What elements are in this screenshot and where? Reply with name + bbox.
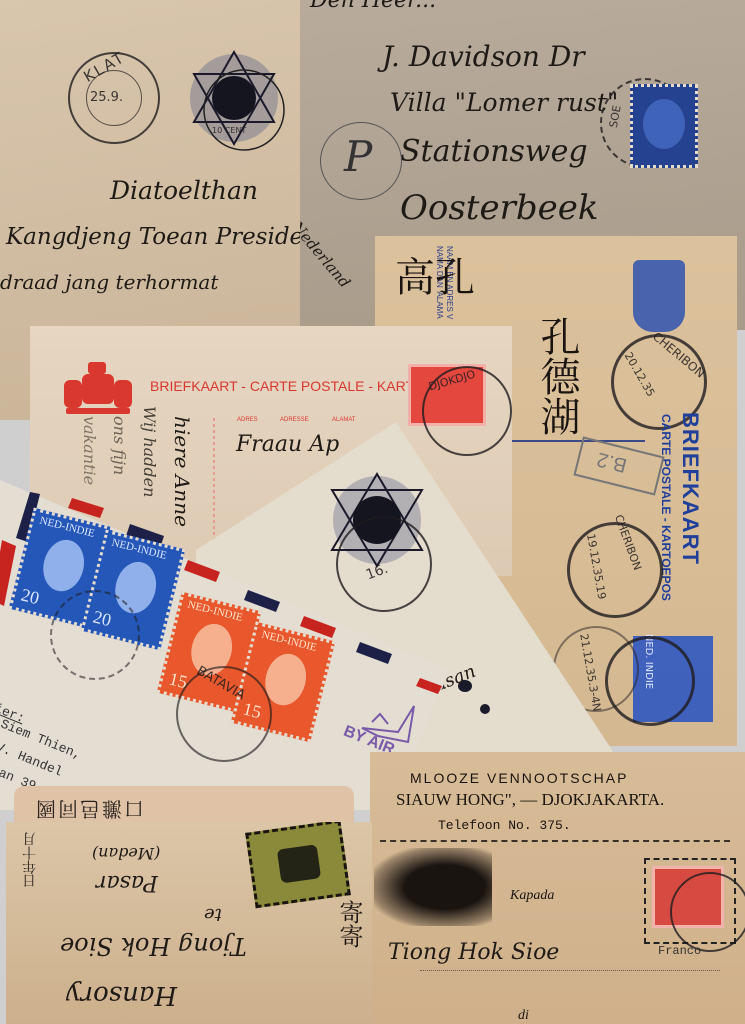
inverted-line-3: te [204,904,222,925]
chinese-side-text-left: 日年十月 [20,832,40,888]
address-line-1: Diatoelthan [110,176,258,205]
message-fragment-3: ons fijn [110,416,129,475]
card-title: BRIEFKAART [677,412,703,565]
di-label: di [518,1008,529,1024]
star-stamp-icon [182,48,286,152]
coat-of-arms-blue [633,260,685,332]
address-line-1: J. Davidson Dr [382,40,585,73]
stamp-value: 10 CENT [212,126,246,135]
ink-brush-mark [374,848,492,926]
postmark-djokja [670,872,745,952]
inverted-line-1: (Medan) [92,844,160,863]
kapada-label: Kapada [510,888,554,904]
top-line: Den Heer... [310,0,436,13]
letterhead-line-3: Telefoon No. 375. [438,818,571,833]
postmark-batavia-1 [50,590,140,680]
side-text: Nederland [300,218,354,291]
address-line-3: Stationsweg [400,134,588,169]
chinese-side-text-right: 寄寄 [332,900,367,948]
postmark-date: 25.9. [90,90,123,105]
ink-blot-2 [480,704,490,714]
stamp-10-cent-star [182,48,286,152]
chinese-brush-writing: 高孔 [395,246,475,303]
stamp-olive-postage-due [245,822,351,908]
cover-siauw-hong: MLOOZE VENNOOTSCHAP SIAUW HONG", — DJOKJ… [370,752,745,1024]
stamp-overprint [277,844,321,883]
address-line-4: Oosterbeek [400,188,598,228]
flap-characters: 口灘邑同國 [34,796,144,825]
pencil-mark-letter: P [344,132,372,181]
address-line-2: Villa "Lomer rust" [390,88,618,117]
letterhead-line-2: SIAUW HONG", — DJOKJAKARTA. [396,790,664,810]
inverted-line-2: Pasar [96,870,158,895]
address-rule [420,970,720,971]
address-line-2: Kangdjeng Toean President [6,224,310,250]
stamp-blue-wilhelmina [630,84,698,168]
letterhead-line-1: MLOOZE VENNOOTSCHAP [410,770,628,786]
stamp-footer: Franco [658,944,701,958]
coat-of-arms-red [60,360,136,418]
message-fragment-4: vakantie [80,416,99,485]
dotted-rule [380,840,730,845]
inverted-line-4: Tjong Hok Sioe [60,932,247,960]
cover-chinese: (Medan) Pasar te Tjong Hok Sioe Hansory … [6,822,372,1024]
address-line-3: draad jang terhormat [0,270,218,294]
stamp-value: 20 [19,585,42,610]
addressee: Tiong Hok Sioe [388,940,559,965]
queen-portrait [38,536,89,596]
chinese-brush-writing-2: 孔德湖 [535,316,579,436]
inverted-line-5: Hansory [66,980,177,1010]
